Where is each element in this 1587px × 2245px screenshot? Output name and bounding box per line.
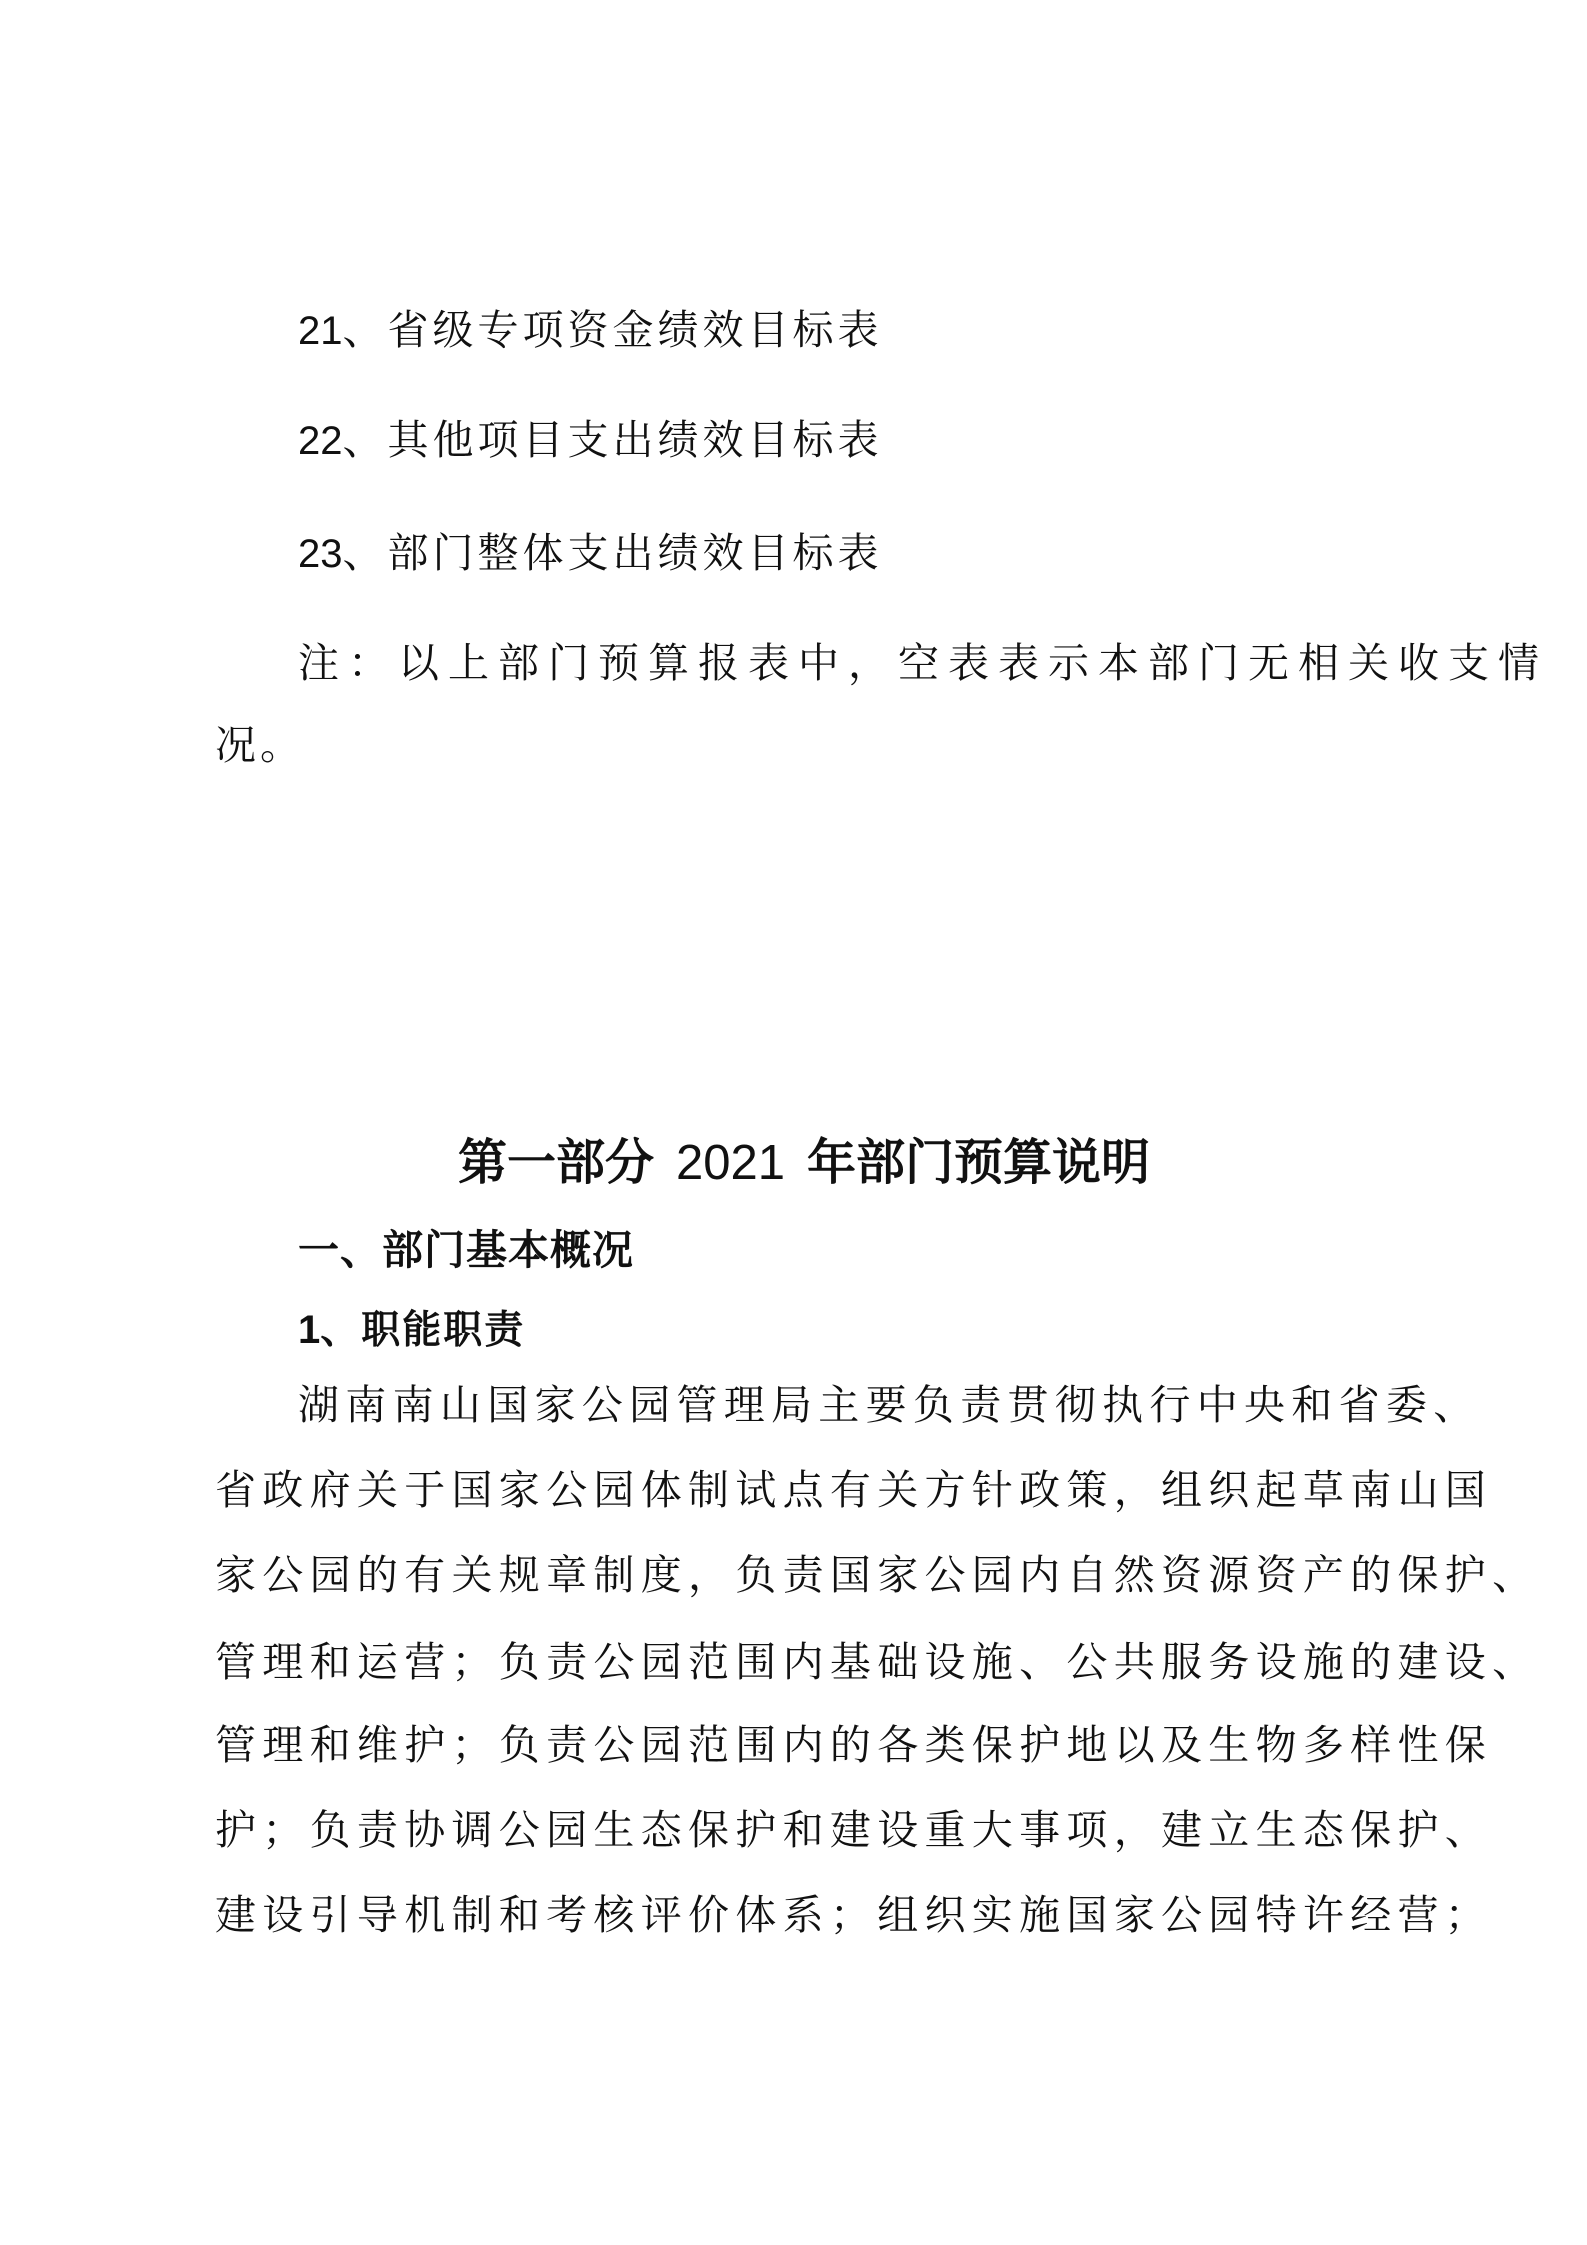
part-title-year: 2021 bbox=[676, 1136, 785, 1190]
subsection-number: 1 bbox=[298, 1308, 320, 1352]
document-page: 21、省级专项资金绩效目标表 22、其他项目支出绩效目标表 23、部门整体支出绩… bbox=[0, 0, 1587, 2245]
paragraph-line-1: 湖南南山国家公园管理局主要负责贯彻执行中央和省委、 bbox=[298, 1375, 1481, 1435]
list-item-number: 22 bbox=[298, 419, 343, 463]
paragraph-line-2: 省政府关于国家公园体制试点有关方针政策，组织起草南山国 bbox=[215, 1460, 1492, 1520]
list-item-separator: 、 bbox=[343, 306, 388, 354]
paragraph-line-6: 护；负责协调公园生态保护和建设重大事项，建立生态保护、 bbox=[215, 1800, 1492, 1860]
subsection-heading: 1、职能职责 bbox=[298, 1300, 525, 1361]
part-title-suffix: 年部门预算说明 bbox=[807, 1134, 1150, 1191]
subsection-separator: 、 bbox=[320, 1308, 361, 1353]
list-item-separator: 、 bbox=[343, 416, 388, 464]
list-item-text: 其他项目支出绩效目标表 bbox=[388, 416, 883, 464]
part-title-prefix: 第一部分 bbox=[458, 1134, 654, 1191]
section-heading: 一、部门基本概况 bbox=[298, 1220, 634, 1280]
paragraph-line-3: 家公园的有关规章制度，负责国家公园内自然资源资产的保护、 bbox=[215, 1545, 1539, 1605]
list-item-number: 21 bbox=[298, 309, 343, 353]
part-title: 第一部分2021年部门预算说明 bbox=[458, 1133, 1150, 1193]
note-line-1: 注：以上部门预算报表中，空表表示本部门无相关收支情 bbox=[298, 633, 1548, 693]
paragraph-line-4: 管理和运营；负责公园范围内基础设施、公共服务设施的建设、 bbox=[215, 1632, 1539, 1692]
list-item-text: 部门整体支出绩效目标表 bbox=[388, 529, 883, 577]
list-item-number: 23 bbox=[298, 532, 343, 576]
list-item-21: 21、省级专项资金绩效目标表 bbox=[298, 300, 883, 361]
list-item-separator: 、 bbox=[343, 529, 388, 577]
paragraph-line-7: 建设引导机制和考核评价体系；组织实施国家公园特许经营； bbox=[215, 1885, 1492, 1945]
subsection-text: 职能职责 bbox=[361, 1308, 525, 1353]
list-item-22: 22、其他项目支出绩效目标表 bbox=[298, 410, 883, 471]
list-item-23: 23、部门整体支出绩效目标表 bbox=[298, 523, 883, 584]
list-item-text: 省级专项资金绩效目标表 bbox=[388, 306, 883, 354]
paragraph-line-5: 管理和维护；负责公园范围内的各类保护地以及生物多样性保 bbox=[215, 1715, 1492, 1775]
note-line-2: 况。 bbox=[215, 715, 305, 775]
